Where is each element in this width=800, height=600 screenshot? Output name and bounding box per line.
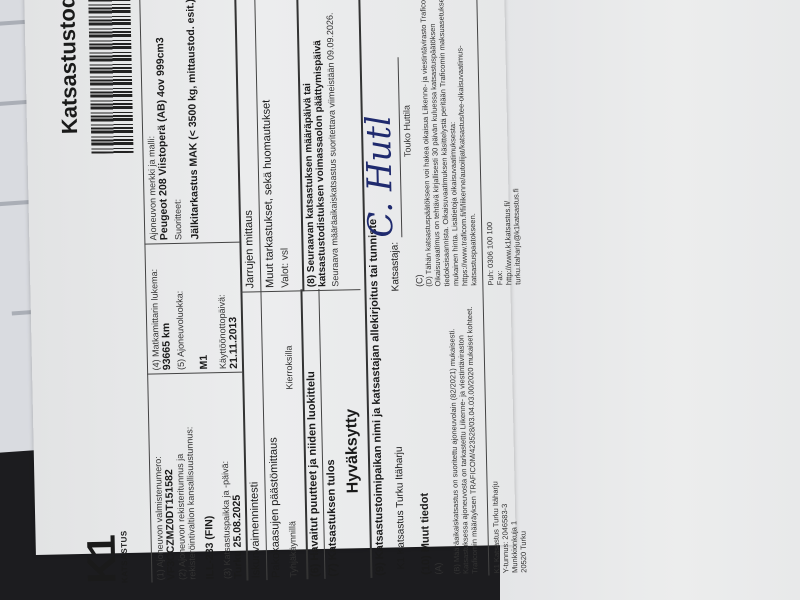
odometer-value: 93665 km — [160, 323, 173, 371]
registration-label: (2) Ajoneuvon rekisteritunnus ja rekiste… — [173, 380, 197, 580]
rpm-label: Kierroksilla — [284, 346, 295, 390]
vehicle-class-value: M1 — [198, 355, 210, 370]
document-title: Katsastustodistus — [53, 0, 83, 134]
divider — [144, 242, 239, 245]
divider — [300, 289, 360, 291]
shock-test-label: Iskunvaimennintesti — [248, 482, 262, 579]
lights-note: Valot: vsl — [280, 248, 292, 288]
divider — [147, 372, 242, 375]
certificate-content: K1 KATSASTUS Katsastustodistus (1) Ajone… — [44, 0, 517, 595]
place-value: Turku 25.08.2025 — [231, 495, 245, 579]
barcode — [87, 0, 133, 154]
inspection-certificate: K1 KATSASTUS Katsastustodistus (1) Ajone… — [24, 0, 516, 555]
divider — [476, 0, 490, 575]
footer-contact: Puh: 0306 100 100 Fax: http://www.k1kats… — [484, 188, 522, 285]
vehicle-class-label: (5) Ajoneuvoluokka: — [174, 291, 186, 370]
first-use-value: 21.11.2013 — [227, 317, 240, 369]
inspection-result: Hyväksytty — [343, 409, 363, 494]
divider — [234, 0, 249, 581]
odometer-label: (4) Matkamittarin lukema: — [149, 269, 161, 371]
performed-label: Suoritteet: — [172, 199, 183, 240]
note-c: (C) — [414, 274, 424, 287]
background-surface — [500, 0, 800, 600]
note-a: (A) — [433, 562, 443, 574]
idle-label: Tyhjäkäynnillä — [287, 521, 298, 578]
logo-mark: K1 — [83, 530, 120, 584]
section-10-heading: (10) Muut tiedot — [419, 493, 433, 575]
brake-test-label: Jarrujen mittaus — [243, 210, 257, 288]
note-d: (D) Tähän katsastuspäätökseen voi hakea … — [418, 0, 478, 287]
inspector-signature: C. Hutl — [359, 115, 402, 238]
note-b: (B) Määräaikaiskatsastus on suoritettu a… — [447, 299, 480, 575]
emission-test-label: Pakokaasujen päästömittaus — [268, 437, 283, 578]
section-7-heading: (7) Katsastuksen tulos — [325, 459, 339, 577]
logo-text: KATSASTUS — [119, 530, 129, 583]
divider — [240, 290, 300, 292]
performed-value: Jälkitarkastus MAK (< 3500 kg, mittausto… — [184, 0, 201, 240]
section-8-heading: (8) Seuraavan katsastuksen määräpäivä ta… — [300, 0, 328, 287]
other-checks-label: Muut tarkastukset, sekä huomautukset — [260, 100, 276, 289]
station-name: K1 Katsastus Turku Itäharju — [394, 446, 408, 569]
inspector-label: Katsastaja: — [389, 242, 401, 292]
registration-value: ILL-233 (FIN) — [203, 516, 216, 580]
k1-logo: K1 KATSASTUS — [83, 530, 129, 584]
inspector-name: Touko Huttila — [402, 105, 413, 157]
footer-company: K1 Katsastus Turku Itäharju Y-tunnus: 20… — [490, 481, 528, 574]
